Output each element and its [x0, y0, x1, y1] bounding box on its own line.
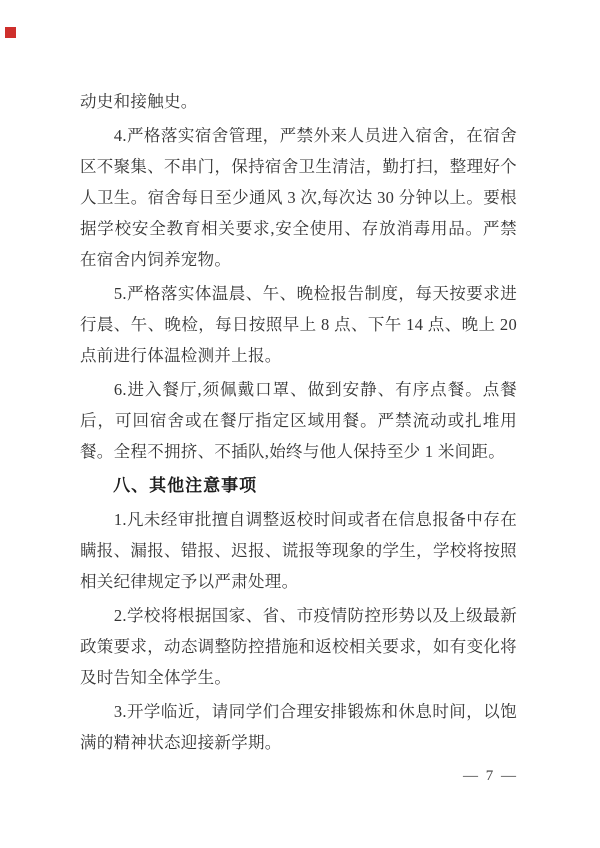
paragraph-note-3: 3.开学临近，请同学们合理安排锻炼和休息时间，以饱满的精神状态迎接新学期。 [80, 696, 517, 758]
document-body: 动史和接触史。 4.严格落实宿舍管理，严禁外来人员进入宿舍，在宿舍区不聚集、不串… [80, 86, 517, 758]
red-corner-mark [5, 27, 16, 38]
document-page: 动史和接触史。 4.严格落实宿舍管理，严禁外来人员进入宿舍，在宿舍区不聚集、不串… [0, 0, 600, 848]
page-number: — 7 — [463, 768, 518, 785]
paragraph-note-1: 1.凡未经审批擅自调整返校时间或者在信息报备中存在瞒报、漏报、错报、迟报、谎报等… [80, 504, 517, 597]
paragraph-note-2: 2.学校将根据国家、省、市疫情防控形势以及上级最新政策要求，动态调整防控措施和返… [80, 600, 517, 693]
paragraph-item-4: 4.严格落实宿舍管理，严禁外来人员进入宿舍，在宿舍区不聚集、不串门，保持宿舍卫生… [80, 120, 517, 275]
paragraph-continuation: 动史和接触史。 [80, 86, 517, 117]
paragraph-item-6: 6.进入餐厅,须佩戴口罩、做到安静、有序点餐。点餐后，可回宿舍或在餐厅指定区域用… [80, 374, 517, 467]
paragraph-item-5: 5.严格落实体温晨、午、晚检报告制度，每天按要求进行晨、午、晚检，每日按照早上 … [80, 278, 517, 371]
section-heading: 八、其他注意事项 [80, 470, 517, 501]
